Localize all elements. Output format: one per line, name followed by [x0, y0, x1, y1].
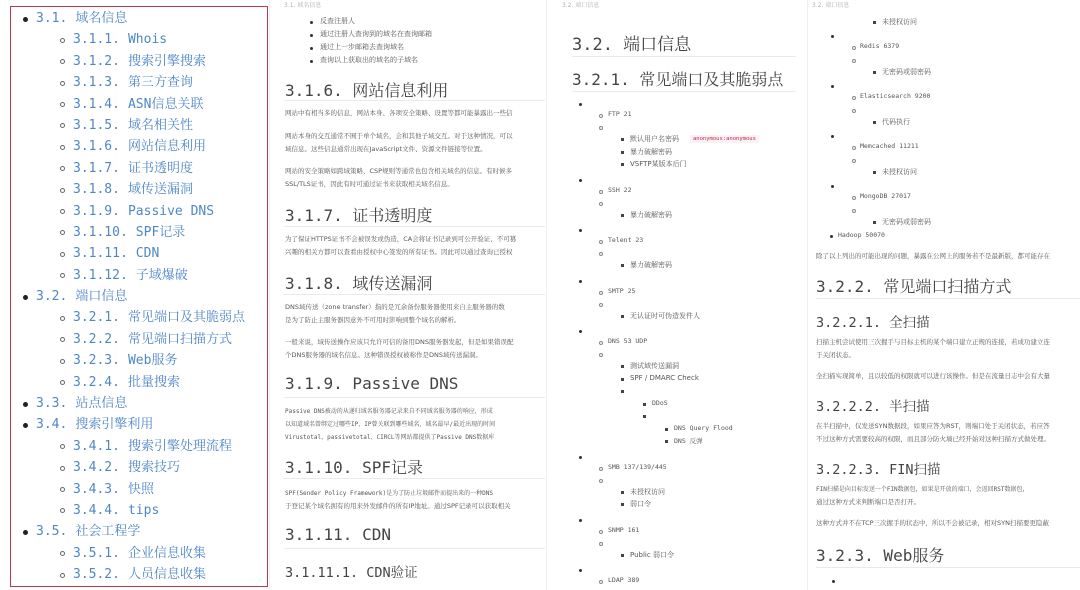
circle-bullet-icon [60, 81, 65, 86]
vuln-item: 暴力破解密码 [630, 147, 672, 157]
toc-link[interactable]: 3.1.域名信息 [0, 8, 245, 29]
port-name: SNMP 161 [608, 526, 639, 534]
list-item: 未授权访问 [882, 17, 917, 27]
paragraph: 兴趣的相关方都可以查看由授权中心签发的所有证书。因此可以通过查询已授权 [285, 246, 545, 259]
toc-number: 3.1.10. [73, 225, 128, 240]
toc-number: 3.1. [36, 11, 67, 26]
square-bullet-icon [621, 503, 624, 506]
square-bullet-icon [621, 491, 624, 494]
toc-number: 3.1.2. [73, 54, 120, 69]
port-name: Memcached 11211 [860, 142, 919, 150]
toc-label: 搜索技巧 [128, 460, 180, 475]
paragraph: 以知道域名曾绑定过哪些IP，IP曾关联到哪些域名，域名最早/最近出现的时间 [285, 418, 545, 431]
circle-bullet-icon [60, 166, 65, 171]
paragraph: 不过这种方式需要较高的权限，而且部分防火墙已经开始对这种扫描方式做处理。 [816, 433, 1080, 446]
heading-rule [572, 91, 796, 92]
paragraph: 除了以上列出的可能出现的问题，暴露在公网上的服务若不是最新版，都可能存在 [816, 250, 1080, 263]
circle-bullet-icon [60, 38, 65, 43]
paragraph: SPF(Sender Policy Framework)是为了防止垃圾邮件而提出… [285, 487, 545, 500]
toc-label: 搜索引擎搜索 [128, 54, 206, 69]
toc-label: 站点信息 [75, 396, 127, 411]
bullet-icon [579, 456, 582, 459]
circle-bullet-icon [599, 467, 603, 471]
bullet-icon [579, 280, 582, 283]
port-name: SMB 137/139/445 [608, 463, 667, 471]
toc-link[interactable]: 3.4.3.快照 [0, 479, 245, 500]
toc-link[interactable]: 3.1.1.Whois [0, 29, 245, 50]
toc-number: 3.5.2. [73, 567, 120, 582]
toc-number: 3.2.2. [73, 332, 120, 347]
paragraph: 一般来说，域传送操作应该只允许可信的备用DNS服务器发起，但是如果错误配 [285, 336, 545, 349]
doc-panel-port-info: 3.2. 端口信息 3.2. 端口信息 3.2.1. 常见端口及其脆弱点 FTP… [548, 0, 806, 590]
toc-link[interactable]: 3.4.2.搜索技巧 [0, 457, 245, 478]
heading-3-1-11-1: 3.1.11.1. CDN验证 [285, 561, 418, 581]
heading-3-1-6: 3.1.6. 网站信息利用 [285, 78, 448, 101]
circle-bullet-icon [852, 146, 856, 150]
vuln-item: 未授权访问 [630, 487, 665, 497]
circle-bullet-icon [599, 303, 603, 307]
heading-rule [572, 56, 796, 57]
heading-3-1-9: 3.1.9. Passive DNS [285, 374, 458, 393]
vuln-item: 测试域传送漏洞 [630, 361, 679, 371]
circle-bullet-icon [599, 190, 603, 194]
vuln-item: SPF / DMARC Check [630, 374, 699, 382]
bullet-icon [579, 103, 582, 106]
toc-link[interactable]: 3.1.8.域传送漏洞 [0, 179, 245, 200]
toc-link[interactable]: 3.2.1.常见端口及其脆弱点 [0, 307, 245, 328]
bullet-icon [579, 519, 582, 522]
toc-link[interactable]: 3.1.4.ASN信息关联 [0, 94, 245, 115]
vuln-item: 默认用户名密码 [630, 134, 679, 144]
toc-label: 端口信息 [75, 289, 127, 304]
bullet-icon [579, 330, 582, 333]
port-name: Elasticsearch 9200 [860, 92, 930, 100]
paragraph: 是为了防止主服务器因意外不可用时影响到整个域名的解析。 [285, 314, 545, 327]
toc-number: 3.2.3. [73, 353, 120, 368]
toc-number: 3.1.3. [73, 75, 120, 90]
paragraph: Passive DNS被动的从递归域名服务器记录来自不同域名服务器的响应，形成 [285, 405, 545, 418]
paragraph: Virustotal、passivetotal、CIRCL等网站都提供了Pass… [285, 431, 545, 444]
heading-3-2-1: 3.2.1. 常见端口及其脆弱点 [572, 67, 783, 90]
paragraph: 于关闭状态。 [816, 349, 1080, 362]
breadcrumb: 3.2. 端口信息 [812, 0, 849, 9]
toc-number: 3.3. [36, 396, 67, 411]
bullet-icon [831, 85, 834, 88]
toc-link[interactable]: 3.4.4.tips [0, 500, 245, 521]
toc-label: 域传送漏洞 [128, 182, 193, 197]
heading-3-2-2-3: 3.2.2.3. FIN扫描 [816, 458, 941, 478]
toc-number: 3.1.1. [73, 32, 120, 47]
toc-number: 3.1.12. [73, 268, 128, 283]
square-bullet-icon [643, 415, 646, 418]
divider [546, 0, 547, 590]
circle-bullet-icon [60, 102, 65, 107]
toc-number: 3.2.1. [73, 310, 120, 325]
vuln-item: 代码执行 [882, 117, 910, 127]
toc-link[interactable]: 3.5.1.企业信息收集 [0, 543, 245, 564]
port-name: Redis 6379 [860, 42, 899, 50]
list-item-hadoop: Hadoop 50070 [838, 231, 885, 239]
circle-bullet-icon [599, 114, 603, 118]
vuln-item: Public 弱口令 [630, 550, 674, 560]
list-item: 反查注册人 [320, 16, 355, 26]
circle-bullet-icon [852, 59, 856, 63]
breadcrumb: 3.2. 端口信息 [562, 0, 599, 9]
heading-rule [284, 294, 545, 295]
square-bullet-icon [873, 171, 876, 174]
square-bullet-icon [621, 264, 624, 267]
toc-number: 3.1.4. [73, 97, 120, 112]
toc-number: 3.1.11. [73, 246, 128, 261]
circle-bullet-icon [60, 273, 65, 278]
toc-link[interactable]: 3.2.2.常见端口扫描方式 [0, 329, 245, 350]
circle-bullet-icon [599, 341, 603, 345]
toc-label: 域名信息 [75, 11, 127, 26]
circle-bullet-icon [60, 209, 65, 214]
circle-bullet-icon [852, 96, 856, 100]
toc-label: 域名相关性 [128, 118, 193, 133]
toc-link[interactable]: 3.5.2.人员信息收集 [0, 564, 245, 585]
toc-link[interactable]: 3.5.社会工程学 [0, 521, 245, 542]
circle-bullet-icon [852, 46, 856, 50]
vuln-item: DDoS [652, 399, 668, 407]
toc-link[interactable]: 3.2.3.Web服务 [0, 350, 245, 371]
toc-label: CDN [136, 246, 159, 261]
toc-label: SPF记录 [136, 225, 185, 240]
heading-3-1-10: 3.1.10. SPF记录 [285, 455, 423, 478]
bullet-icon [830, 235, 833, 238]
circle-bullet-icon [60, 252, 65, 257]
bullet-icon [23, 17, 28, 22]
vuln-item: 无密码或弱密码 [882, 217, 931, 227]
square-bullet-icon [665, 428, 668, 431]
circle-bullet-icon [852, 196, 856, 200]
toc-number: 3.4.3. [73, 482, 120, 497]
circle-bullet-icon [60, 188, 65, 193]
toc-link[interactable]: 3.1.2.搜索引擎搜索 [0, 51, 245, 72]
circle-bullet-icon [852, 109, 856, 113]
bullet-icon [831, 185, 834, 188]
bullet-icon [579, 179, 582, 182]
heading-3-1-7: 3.1.7. 证书透明度 [285, 203, 432, 226]
heading-3-1-11: 3.1.11. CDN [285, 525, 391, 544]
port-name: Telent 23 [608, 236, 643, 244]
toc-link[interactable]: 3.1.5.域名相关性 [0, 115, 245, 136]
toc-link[interactable]: 3.1.10.SPF记录 [0, 222, 245, 243]
paragraph: DNS域传送（zone transfer）指的是冗余备份服务器使用来自主服务器的… [285, 301, 545, 314]
port-name: SMTP 25 [608, 287, 635, 295]
toc-number: 3.4.2. [73, 460, 120, 475]
bullet-icon [831, 135, 834, 138]
heading-rule [284, 548, 545, 549]
heading-3-2-2: 3.2.2. 常见端口扫描方式 [816, 274, 1011, 297]
breadcrumb: 3.1. 域名信息 [284, 0, 321, 9]
bullet-icon [310, 60, 313, 63]
toc-number: 3.2. [36, 289, 67, 304]
square-bullet-icon [873, 71, 876, 74]
table-of-contents: 3.1.域名信息3.1.1.Whois3.1.2.搜索引擎搜索3.1.3.第三方… [0, 8, 245, 586]
square-bullet-icon [621, 315, 624, 318]
toc-number: 3.4. [36, 417, 67, 432]
toc-link[interactable]: 3.1.12.子域爆破 [0, 265, 245, 286]
circle-bullet-icon [599, 252, 603, 256]
circle-bullet-icon [60, 551, 65, 556]
paragraph: 全扫描实现简单，且以较低的权限就可以进行该操作。但是在流量日志中会有大量 [816, 370, 1080, 383]
toc-label: 社会工程学 [75, 524, 140, 539]
square-bullet-icon [621, 163, 624, 166]
toc-link[interactable]: 3.4.1.搜索引擎处理流程 [0, 436, 245, 457]
toc-link[interactable]: 3.4.搜索引擎利用 [0, 414, 245, 435]
toc-number: 3.5. [36, 524, 67, 539]
bullet-icon [23, 423, 28, 428]
circle-bullet-icon [599, 353, 603, 357]
bullet-icon [873, 21, 876, 24]
toc-label: 企业信息收集 [128, 546, 206, 561]
paragraph: 在半扫描中，仅发送SYN数据段，如果应答为RST，则端口处于关闭状态，若应答 [816, 420, 1080, 433]
toc-number: 3.1.5. [73, 118, 120, 133]
toc-label: 快照 [128, 482, 154, 497]
toc-panel: 3.1.域名信息3.1.1.Whois3.1.2.搜索引擎搜索3.1.3.第三方… [0, 0, 270, 590]
circle-bullet-icon [60, 59, 65, 64]
square-bullet-icon [621, 378, 624, 381]
circle-bullet-icon [60, 380, 65, 385]
heading-3-2: 3.2. 端口信息 [572, 30, 691, 55]
square-bullet-icon [665, 440, 668, 443]
toc-label: Passive DNS [128, 204, 214, 219]
circle-bullet-icon [599, 126, 603, 130]
circle-bullet-icon [599, 530, 603, 534]
bullet-icon [23, 530, 28, 535]
toc-link[interactable]: 3.1.3.第三方查询 [0, 72, 245, 93]
bullet-icon [831, 35, 834, 38]
circle-bullet-icon [599, 291, 603, 295]
square-bullet-icon [621, 365, 624, 368]
vuln-item: DNS Query Flood [674, 424, 733, 432]
circle-bullet-icon [599, 240, 603, 244]
square-bullet-icon [621, 214, 624, 217]
paragraph: 通过这种方式来判断端口是否打开。 [816, 496, 1080, 509]
circle-bullet-icon [60, 230, 65, 235]
port-name: DNS 53 UDP [608, 337, 647, 345]
square-bullet-icon [621, 390, 624, 393]
port-name: FTP 21 [608, 110, 631, 118]
toc-label: Whois [128, 32, 167, 47]
circle-bullet-icon [852, 159, 856, 163]
toc-label: 第三方查询 [128, 75, 193, 90]
heading-3-2-2-1: 3.2.2.1. 全扫描 [816, 311, 930, 331]
toc-number: 3.1.8. [73, 182, 120, 197]
toc-label: 搜索引擎利用 [75, 417, 153, 432]
bullet-icon [310, 34, 313, 37]
toc-number: 3.2.4. [73, 375, 120, 390]
toc-label: ASN信息关联 [128, 97, 203, 112]
square-bullet-icon [621, 151, 624, 154]
vuln-item: VSFTP某版本后门 [630, 159, 687, 169]
bullet-icon [23, 402, 28, 407]
paragraph: 个DNS服务器的域名信息。这种错误授权被称作是DNS域传送漏洞。 [285, 349, 545, 362]
bullet-icon [310, 21, 313, 24]
heading-3-1-8: 3.1.8. 域传送漏洞 [285, 271, 432, 294]
bullet-icon [579, 229, 582, 232]
circle-bullet-icon [60, 337, 65, 342]
paragraph: 网站本身的交互通常不囿于单个域名，会和其他子域交互。对于这种情况，可以 [285, 130, 545, 143]
bullet-icon [579, 569, 582, 572]
toc-label: 人员信息收集 [128, 567, 206, 582]
list-item: 通过注册人查询到的域名在查询邮箱 [320, 29, 432, 39]
bullet-icon [310, 47, 313, 50]
paragraph: 网站中有相当多的信息，网站本身、各项安全策略、设置等都可能暴露出一些信 [285, 107, 545, 120]
square-bullet-icon [621, 554, 624, 557]
square-bullet-icon [873, 221, 876, 224]
circle-bullet-icon [599, 580, 603, 584]
square-bullet-icon [621, 138, 624, 141]
paragraph: SSL/TLS证书，因此有时可通过证书来获取相关域名信息。 [285, 178, 545, 191]
toc-number: 3.4.4. [73, 503, 120, 518]
circle-bullet-icon [60, 444, 65, 449]
heading-rule [284, 397, 545, 398]
vuln-item: DNS 反弹 [674, 436, 703, 445]
heading-3-2-3: 3.2.3. Web服务 [816, 543, 944, 566]
toc-label: 网站信息利用 [128, 139, 206, 154]
circle-bullet-icon [60, 359, 65, 364]
vuln-item: 无认证时可伪造发件人 [630, 311, 700, 321]
circle-bullet-icon [60, 573, 65, 578]
toc-link[interactable]: 3.2.端口信息 [0, 286, 245, 307]
toc-link[interactable]: 3.1.11.CDN [0, 243, 245, 264]
circle-bullet-icon [60, 316, 65, 321]
circle-bullet-icon [60, 508, 65, 513]
doc-panel-port-scan: 3.2. 端口信息 未授权访问 Redis 6379无密码或弱密码Elastic… [808, 0, 1080, 590]
vuln-item: 未授权访问 [882, 167, 917, 177]
toc-label: 搜索引擎处理流程 [128, 439, 232, 454]
circle-bullet-icon [60, 145, 65, 150]
toc-label: 批量搜索 [128, 375, 180, 390]
circle-bullet-icon [599, 479, 603, 483]
list-item: 通过上一步邮箱去查询域名 [320, 42, 404, 52]
vuln-item: 暴力破解密码 [630, 210, 672, 220]
inline-code: anonymous:anonymous [690, 135, 759, 143]
paragraph: FIN扫描是向目标发送一个FIN数据包，如果是开放的端口，会返回RST数据包， [816, 483, 1080, 496]
bullet-icon [23, 295, 28, 300]
heading-rule [816, 567, 1080, 568]
toc-link[interactable]: 3.2.4.批量搜索 [0, 372, 245, 393]
circle-bullet-icon [852, 209, 856, 213]
toc-label: 常见端口扫描方式 [128, 332, 232, 347]
vuln-item: 弱口令 [630, 499, 651, 509]
paragraph: 为了保证HTTPS证书不会被误发或伪造，CA会将证书记录到可公开验证、不可篡 [285, 233, 545, 246]
toc-label: 证书透明度 [128, 161, 193, 176]
circle-bullet-icon [60, 487, 65, 492]
toc-number: 3.1.7. [73, 161, 120, 176]
heading-rule [816, 298, 1080, 299]
port-name: LDAP 389 [608, 576, 639, 584]
circle-bullet-icon [60, 466, 65, 471]
toc-link[interactable]: 3.1.7.证书透明度 [0, 158, 245, 179]
toc-label: 子域爆破 [136, 268, 188, 283]
toc-label: 常见端口及其脆弱点 [128, 310, 245, 325]
heading-rule [284, 100, 545, 101]
toc-number: 3.1.9. [73, 204, 120, 219]
heading-3-2-2-2: 3.2.2.2. 半扫描 [816, 395, 930, 415]
heading-rule [284, 478, 545, 479]
circle-bullet-icon [599, 202, 603, 206]
vuln-item: 无密码或弱密码 [882, 67, 931, 77]
paragraph: 于登记某个域名拥有的用来外发邮件的所有IP地址。通过SPF记录可以获取相关 [285, 500, 545, 513]
paragraph: 域信息。这些信息通常出现在JavaScript文件、资源文件链接等位置。 [285, 143, 545, 156]
circle-bullet-icon [599, 542, 603, 546]
toc-link[interactable]: 3.1.9.Passive DNS [0, 201, 245, 222]
toc-number: 3.4.1. [73, 439, 120, 454]
doc-panel-domain-info: 3.1. 域名信息 反查注册人 通过注册人查询到的域名在查询邮箱 通过上一步邮箱… [270, 0, 545, 590]
square-bullet-icon [873, 121, 876, 124]
paragraph: 扫描主机尝试使用三次握手与目标主机的某个端口建立正规的连接，若成功建立连 [816, 336, 1080, 349]
toc-link[interactable]: 3.3.站点信息 [0, 393, 245, 414]
vuln-item: 暴力破解密码 [630, 260, 672, 270]
port-name: MongoDB 27017 [860, 192, 911, 200]
bullet-icon [832, 580, 835, 583]
list-item: 查询以上获取出的域名的子域名 [320, 55, 418, 65]
toc-label: tips [128, 503, 159, 518]
square-bullet-icon [643, 403, 646, 406]
toc-label: Web服务 [128, 353, 177, 368]
port-name: SSH 22 [608, 186, 631, 194]
toc-number: 3.5.1. [73, 546, 120, 561]
toc-number: 3.1.6. [73, 139, 120, 154]
paragraph: 这种方式并不在TCP三次握手的状态中，所以不会被记录，相对SYN扫描要更隐蔽 [816, 517, 1080, 530]
toc-link[interactable]: 3.1.6.网站信息利用 [0, 136, 245, 157]
heading-rule [284, 226, 545, 227]
circle-bullet-icon [60, 123, 65, 128]
paragraph: 网站的安全策略如跨域策略、CSP规则等通常也包含相关域名的信息。有时候多 [285, 165, 545, 178]
